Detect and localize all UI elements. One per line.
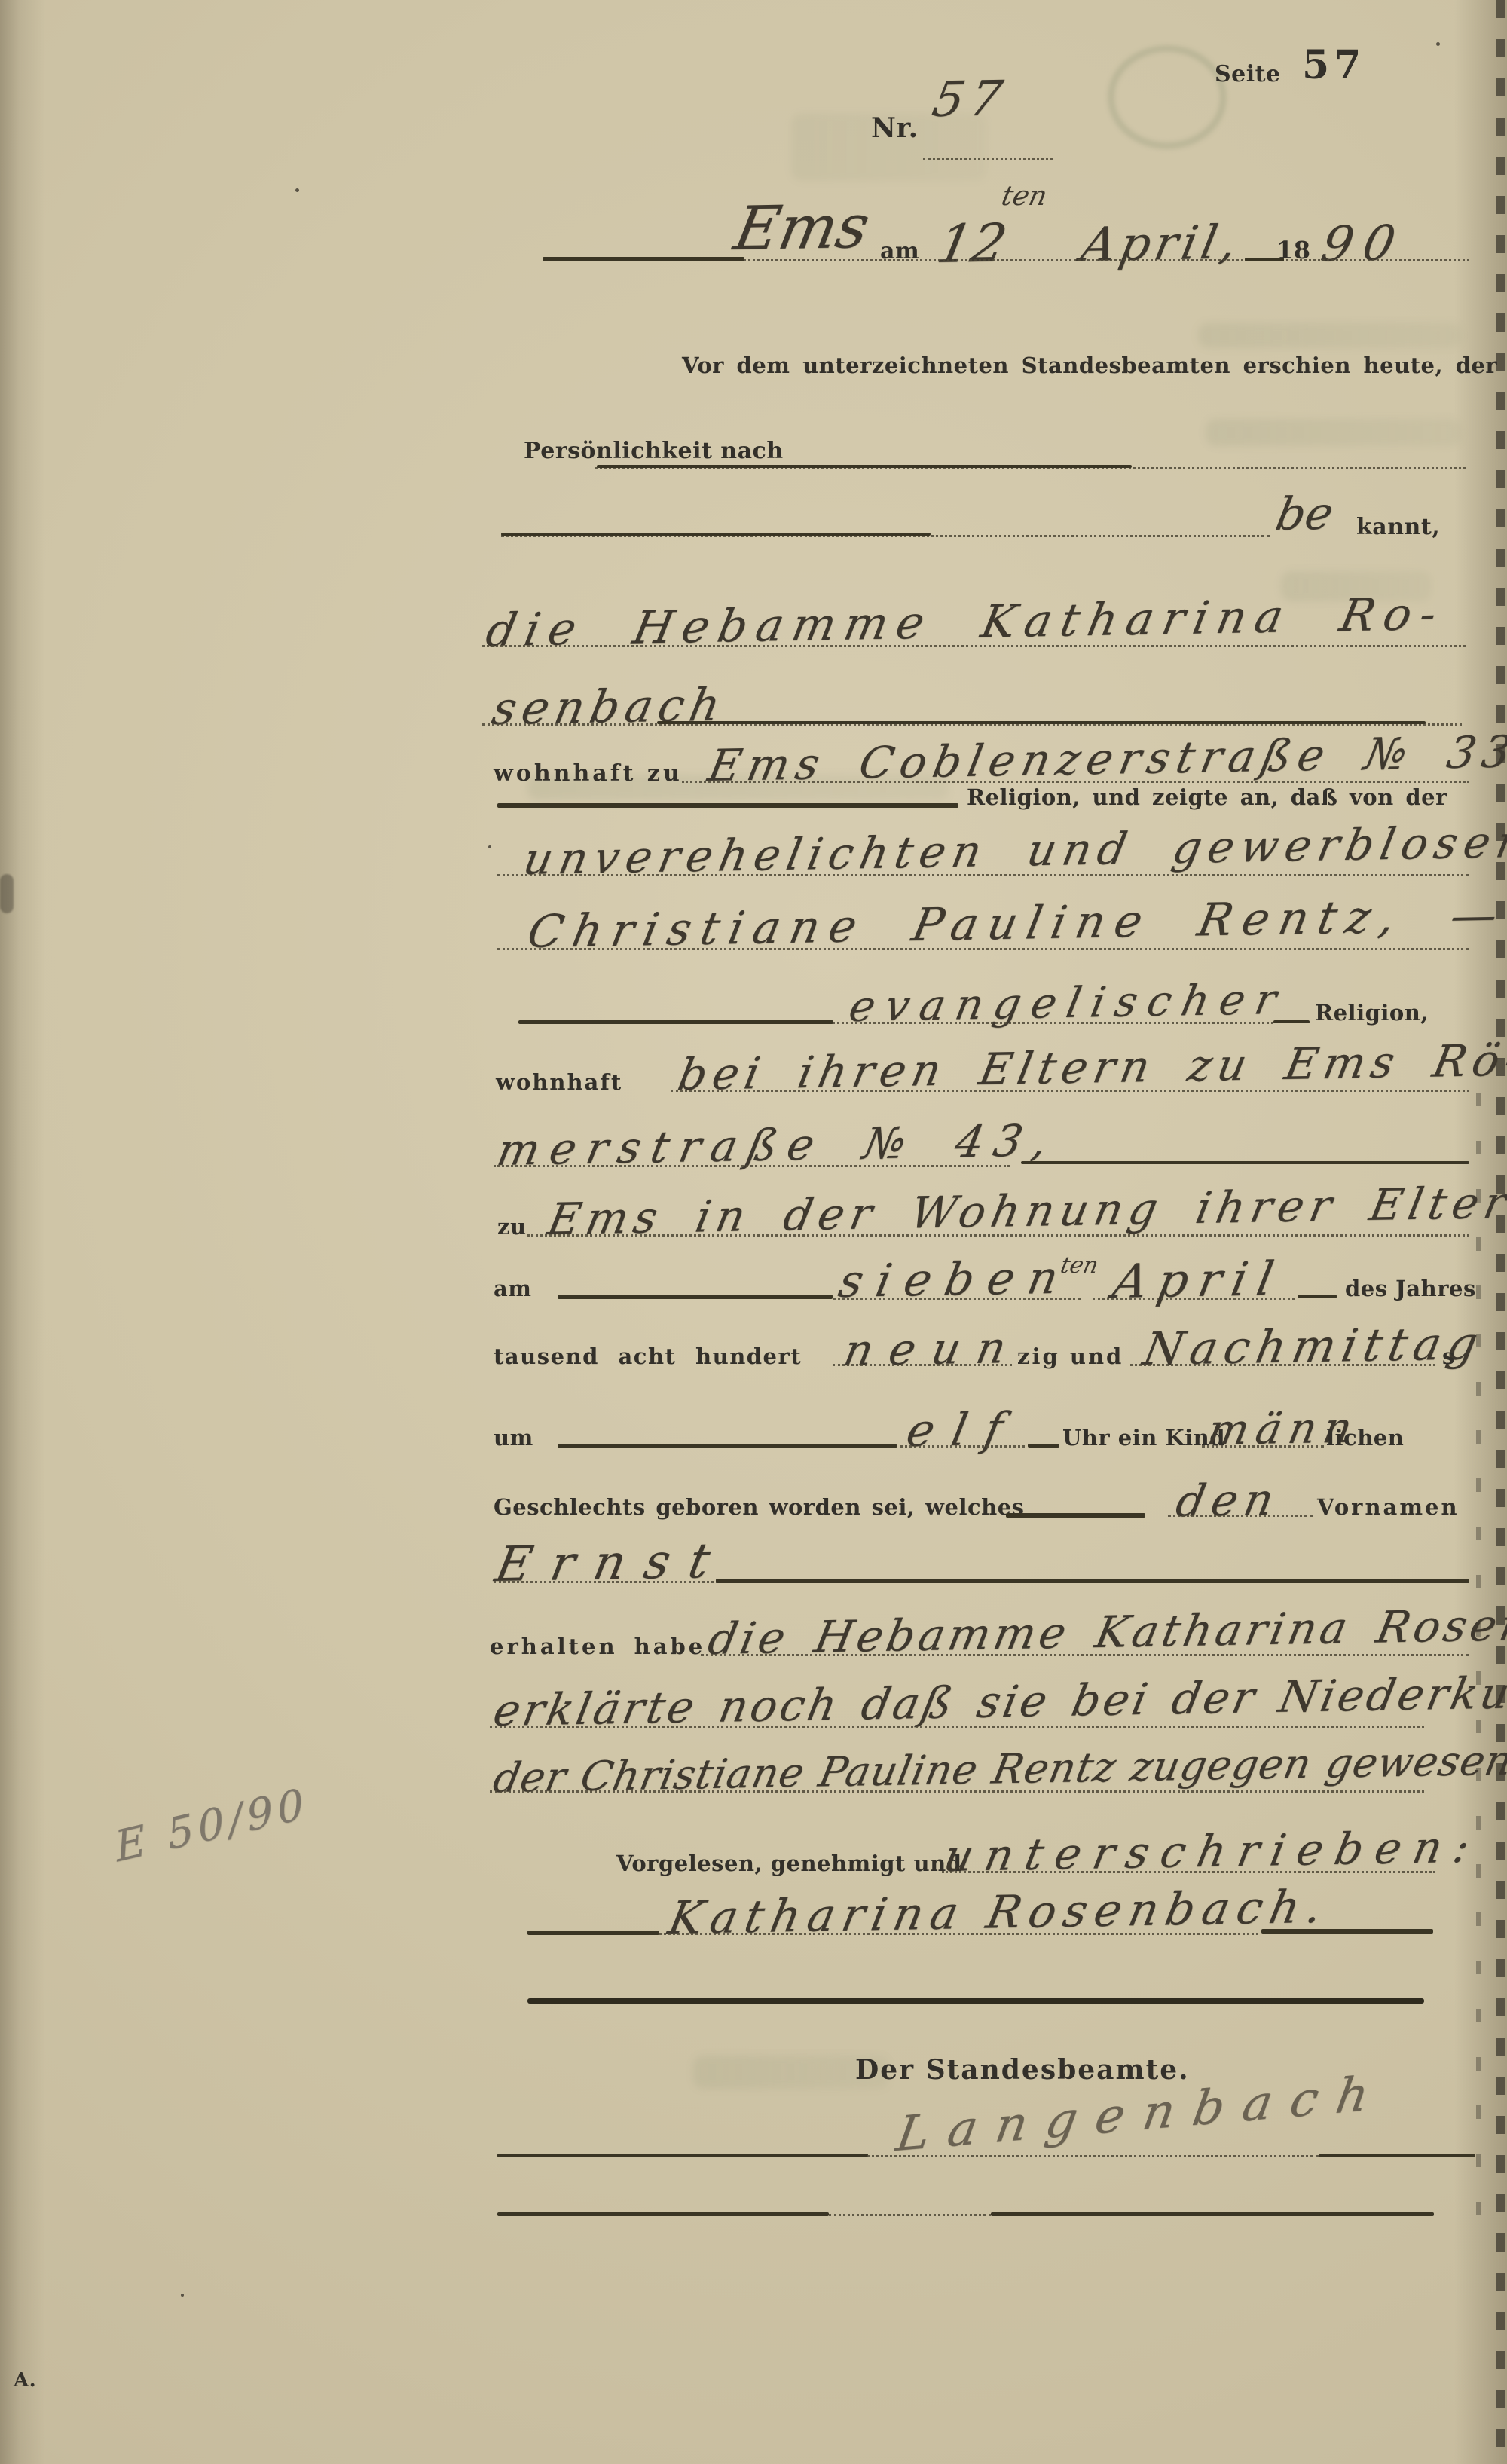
wohnhaft-zu-label: wohnhaft zu bbox=[494, 762, 683, 786]
closing-rule bbox=[527, 1998, 1424, 2004]
mother-residence-hw-1: bei ihren Eltern zu Ems Rö- bbox=[674, 1037, 1507, 1097]
birth-am-label: am bbox=[494, 1277, 531, 1300]
ruled-line-solid bbox=[657, 721, 1426, 724]
ruled-line bbox=[659, 1933, 1258, 1935]
ruled-line-solid bbox=[501, 533, 931, 536]
ruled-line-solid bbox=[543, 257, 744, 261]
declarant-residence-hw: Ems Coblenzerstraße № 33, bbox=[705, 729, 1507, 789]
ruled-line-solid bbox=[1273, 1020, 1310, 1023]
ruled-line-solid bbox=[497, 2154, 868, 2157]
ruled-line bbox=[482, 645, 1466, 647]
ruled-line-solid bbox=[1245, 258, 1284, 261]
erhalten-habe-label: erhalten habe bbox=[490, 1635, 705, 1658]
page-left-shadow bbox=[0, 0, 45, 2464]
ruled-line bbox=[942, 1871, 1435, 1873]
paper-speck bbox=[181, 2294, 184, 2297]
ruled-line bbox=[527, 1234, 1469, 1237]
intro-line2: Persönlichkeit nach bbox=[524, 439, 784, 463]
ruled-line bbox=[701, 1654, 1469, 1656]
s-suffix-label: s bbox=[1442, 1345, 1455, 1368]
closing-midwife-hw-2: erklärte noch daß sie bei der Niederkunf… bbox=[490, 1669, 1507, 1734]
ruled-line bbox=[671, 1090, 1469, 1092]
dateline-day-suffix-hw: ten bbox=[999, 181, 1050, 212]
zig-und-label: zig und bbox=[1017, 1345, 1123, 1368]
um-label: um bbox=[494, 1426, 533, 1449]
binding-stitch-edge-inner bbox=[1476, 1093, 1481, 2223]
dateline-place-hw: Ems bbox=[729, 195, 874, 261]
record-nr-label: Nr. bbox=[871, 115, 919, 143]
ruled-line bbox=[1093, 1298, 1295, 1300]
ruled-line bbox=[490, 1726, 1424, 1728]
ruled-line bbox=[833, 1022, 1273, 1024]
des-jahres-label: des Jahres bbox=[1345, 1277, 1476, 1300]
ruled-line bbox=[1130, 1364, 1435, 1366]
ruled-line bbox=[494, 1165, 1010, 1167]
ruled-line-solid bbox=[1021, 1161, 1469, 1164]
ruled-line-solid bbox=[527, 1931, 659, 1935]
ruled-line bbox=[490, 1790, 1424, 1793]
ruled-line bbox=[1202, 1445, 1324, 1448]
paper-speck bbox=[488, 845, 491, 848]
birth-decade-hw: neun bbox=[840, 1325, 1026, 1374]
tausend-label: tausend acht hundert bbox=[494, 1345, 802, 1368]
ruled-line-solid bbox=[558, 1295, 833, 1299]
ruled-line bbox=[833, 1298, 1081, 1300]
ruled-line-solid bbox=[1298, 1295, 1337, 1298]
ink-bleedthrough bbox=[1206, 419, 1462, 446]
birth-place-hw: Ems in der Wohnung ihrer Eltern, bbox=[544, 1179, 1507, 1243]
known-prefix-hw: be bbox=[1272, 491, 1337, 539]
dateline-day-hw: 12 bbox=[933, 216, 1011, 272]
ruled-line-solid bbox=[1319, 2154, 1475, 2157]
ruled-line bbox=[497, 948, 1469, 950]
vornamen-label: Vornamen bbox=[1317, 1496, 1460, 1518]
known-suffix-label: kannt, bbox=[1356, 515, 1440, 540]
ruled-line-solid bbox=[597, 465, 1132, 468]
registrar-label: Der Standesbeamte. bbox=[855, 2056, 1190, 2085]
ruled-line bbox=[900, 1445, 1025, 1448]
birth-hour-hw: elf bbox=[903, 1405, 1025, 1455]
ruled-line-solid bbox=[518, 1020, 833, 1024]
dateline-year-hw: 90 bbox=[1317, 219, 1410, 271]
vorgelesen-label: Vorgelesen, genehmigt und bbox=[616, 1852, 961, 1875]
birth-den-hw: den bbox=[1172, 1477, 1284, 1524]
page-number: 57 bbox=[1302, 45, 1365, 87]
religion-anzeige-line: Religion, und zeigte an, daß von der bbox=[967, 786, 1447, 809]
ruled-line bbox=[867, 2155, 1319, 2157]
ghost-stamp-mark bbox=[1108, 45, 1227, 149]
mother-name-hw: Christiane Pauline Rentz, — bbox=[524, 891, 1507, 956]
ruled-line-solid bbox=[497, 2212, 829, 2216]
lichen-label: lichen bbox=[1326, 1426, 1404, 1449]
uhr-ein-kind-label: Uhr ein Kind bbox=[1062, 1426, 1225, 1449]
mother-religion-label: Religion, bbox=[1315, 1001, 1429, 1024]
mother-status-hw: unverehelichten und gewerblosen bbox=[520, 819, 1507, 882]
ruled-line-solid bbox=[497, 803, 958, 808]
ruled-line-solid bbox=[558, 1444, 897, 1448]
ruled-line-solid bbox=[716, 1579, 1469, 1583]
paper-speck bbox=[295, 188, 299, 192]
ruled-line bbox=[497, 874, 1469, 876]
ruled-line-solid bbox=[991, 2212, 1434, 2216]
footer-form-mark: A. bbox=[14, 2371, 36, 2391]
ruled-line-solid bbox=[1006, 1513, 1145, 1518]
ruled-line-solid bbox=[1261, 1929, 1433, 1934]
record-nr-value: 57 bbox=[928, 74, 1012, 126]
birth-day-suffix-hw: ten bbox=[1058, 1252, 1101, 1279]
ruled-line bbox=[829, 2214, 991, 2216]
birth-zu-label: zu bbox=[497, 1215, 527, 1238]
ruled-line bbox=[1168, 1515, 1313, 1517]
binding-stitch-edge bbox=[1496, 0, 1505, 2464]
paper-speck bbox=[1436, 42, 1440, 46]
margin-note-pencil: E 50/90 bbox=[112, 1779, 310, 1872]
geschlechts-line: Geschlechts geboren worden sei, welches bbox=[494, 1496, 1025, 1518]
ink-bleedthrough bbox=[1198, 323, 1462, 348]
edge-ink-mark bbox=[0, 874, 14, 913]
seite-label: Seite bbox=[1215, 63, 1281, 87]
intro-line1: Vor dem unterzeichneten Standesbeamten e… bbox=[682, 354, 1497, 377]
ruled-line bbox=[682, 781, 1469, 783]
closing-midwife-hw-1: die Hebamme Katharina Rosenbach bbox=[705, 1600, 1507, 1662]
ruled-line-solid bbox=[1028, 1444, 1059, 1448]
ruled-line bbox=[923, 158, 1053, 160]
document-page: Seite 57 Nr. 57 Ems am 12 ten April, 18 … bbox=[0, 0, 1507, 2464]
ruled-line bbox=[833, 1364, 1012, 1366]
mother-wohnhaft-label: wohnhaft bbox=[496, 1071, 622, 1093]
